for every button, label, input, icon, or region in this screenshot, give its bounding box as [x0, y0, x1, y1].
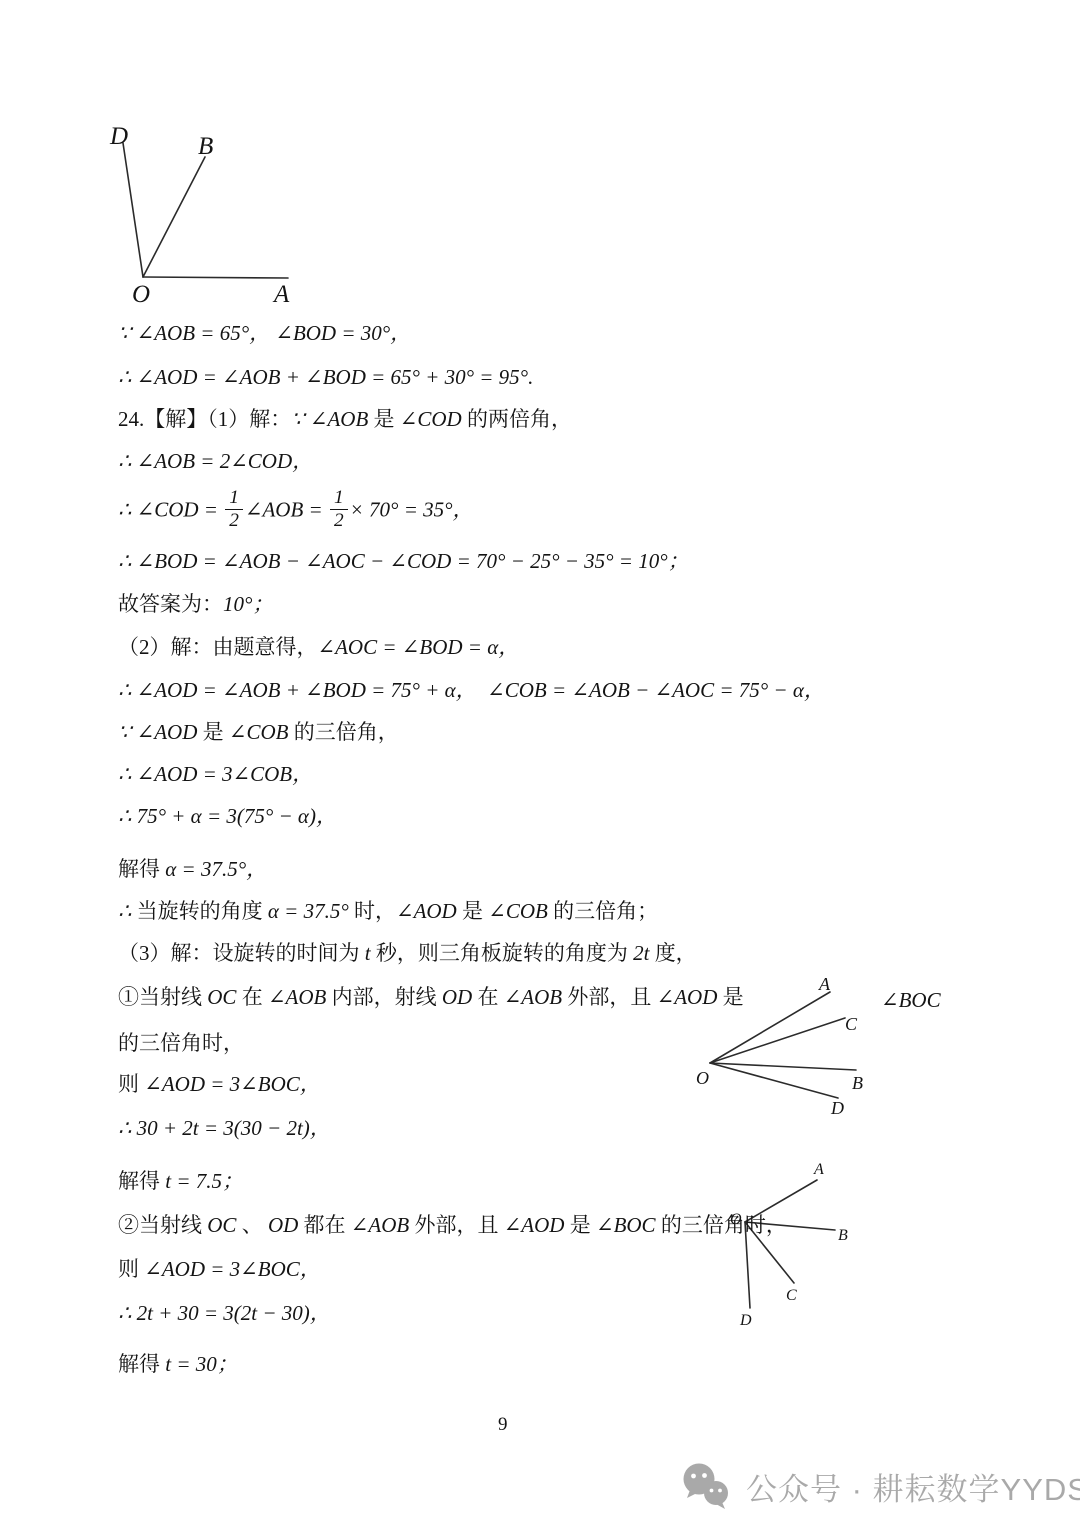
text-segment: 是 — [203, 720, 224, 744]
math-segment: ∠BOC — [596, 1213, 661, 1237]
angle-BOC-note: ∠BOC — [881, 988, 942, 1012]
solution-line-3: 24.【解】（1）解：∵ ∠AOB 是 ∠COD 的两倍角， — [118, 406, 572, 432]
point-label-O: O — [696, 1068, 709, 1088]
solution-line-11: ∴ ∠AOD = 3∠COB， — [118, 761, 313, 787]
solution-line-9: ∴ ∠AOD = ∠AOB + ∠BOD = 75° + α， ∠COB = ∠… — [118, 677, 825, 703]
point-label-C: C — [786, 1287, 797, 1304]
ray-OD — [123, 143, 143, 277]
text-segment: （2）解：由题意得， — [118, 635, 318, 659]
text-segment: 在 — [477, 985, 503, 1009]
fraction-numerator: 1 — [330, 488, 348, 510]
math-segment: ∵ ∠AOB = 65°， ∠BOD = 30°， — [118, 321, 411, 345]
math-segment: ∠AOD = 3∠BOC， — [144, 1257, 321, 1281]
solution-line-22: 则 ∠AOD = 3∠BOC， — [118, 1256, 321, 1282]
solution-line-6: ∴ ∠BOD = ∠AOB − ∠AOC − ∠COD = 70° − 25° … — [118, 548, 689, 574]
math-segment: α = 37.5° — [268, 899, 349, 923]
math-segment: OC — [207, 1213, 236, 1237]
math-segment: OC — [207, 985, 241, 1009]
point-label-B: B — [852, 1073, 863, 1093]
text-segment: 当旋转的角度 — [137, 899, 268, 923]
solution-line-1: ∵ ∠AOB = 65°， ∠BOD = 30°， — [118, 320, 411, 346]
point-label-D: D — [830, 1098, 844, 1118]
math-segment: t — [365, 941, 376, 965]
angle-figure-1: D B O A — [108, 112, 308, 307]
math-segment: OD — [442, 985, 478, 1009]
text-segment: 故答案为： — [118, 592, 223, 616]
text-segment — [466, 678, 487, 702]
text-segment: 外部，且 — [414, 1213, 503, 1237]
solution-line-5: ∴ ∠COD = 12∠AOB = 12× 70° = 35°， — [118, 490, 474, 534]
math-segment: ∠COB = ∠AOB − ∠AOC = 75° − α， — [487, 678, 825, 702]
point-label-O: O — [132, 281, 150, 308]
solution-line-19: ∴ 30 + 2t = 3(30 − 2t)， — [118, 1115, 331, 1141]
text-segment: ①当射线 — [118, 985, 207, 1009]
text-segment: 外部，且 — [567, 985, 656, 1009]
math-segment: ∠AOC = ∠BOD = α， — [318, 635, 520, 659]
math-segment: ∠COD — [395, 407, 467, 431]
point-label-B: B — [838, 1227, 848, 1244]
math-segment: 2t — [633, 941, 655, 965]
math-segment: ∠AOB — [268, 985, 332, 1009]
math-segment: ∴ ∠COD = — [118, 498, 223, 522]
math-segment: ∠AOD = 3∠BOC， — [144, 1072, 321, 1096]
fraction-denominator: 2 — [225, 510, 243, 531]
math-segment: ∠COB — [224, 720, 294, 744]
fraction-denominator: 2 — [330, 510, 348, 531]
ray-OC — [710, 1018, 845, 1063]
text-segment: 是 — [374, 407, 395, 431]
text-segment: 解得 — [118, 857, 165, 881]
math-segment: ∴ ∠BOD = ∠AOB − ∠AOC − ∠COD = 70° − 25° … — [118, 549, 689, 573]
page-number: 9 — [498, 1414, 508, 1436]
text-segment: 都在 — [304, 1213, 351, 1237]
text-segment: 度， — [655, 941, 697, 965]
text-segment: 的三倍角， — [294, 720, 399, 744]
fraction-numerator: 1 — [225, 488, 243, 510]
solution-line-4: ∴ ∠AOB = 2∠COD， — [118, 448, 313, 474]
math-segment: ∵ ∠AOD — [118, 720, 203, 744]
fraction: 12 — [330, 488, 348, 532]
point-label-B: B — [198, 133, 213, 160]
point-label-D: D — [109, 123, 128, 150]
solution-line-2: ∴ ∠AOD = ∠AOB + ∠BOD = 65° + 30° = 95°. — [118, 364, 533, 390]
solution-line-15: （3）解：设旋转的时间为 t 秒，则三角板旋转的角度为 2t 度， — [118, 940, 697, 966]
point-label-C: C — [845, 1014, 858, 1034]
math-segment: ∴ ∠AOD = 3∠COB， — [118, 762, 313, 786]
math-segment: ∠AOB = — [245, 498, 328, 522]
math-segment: ∠COB — [483, 899, 553, 923]
ray-OA — [143, 277, 288, 278]
solution-line-14: ∴ 当旋转的角度 α = 37.5° 时，∠AOD 是 ∠COB 的三倍角； — [118, 898, 658, 924]
solution-line-21: ②当射线 OC 、 OD 都在 ∠AOB 外部，且 ∠AOD 是 ∠BOC 的三… — [118, 1212, 787, 1238]
text-segment: 是 — [462, 899, 483, 923]
math-segment: ∠AOD — [396, 899, 462, 923]
text-segment: 则 — [118, 1072, 144, 1096]
math-segment: ∵ ∠AOB — [291, 407, 373, 431]
text-segment: 秒，则三角板旋转的角度为 — [376, 941, 633, 965]
text-segment: 内部，射线 — [332, 985, 442, 1009]
math-segment: ∴ — [118, 899, 137, 923]
text-segment: 、 — [236, 1213, 268, 1237]
solution-line-23: ∴ 2t + 30 = 3(2t − 30)， — [118, 1300, 331, 1326]
text-segment: 的两倍角， — [467, 407, 572, 431]
watermark: 公众号 · 耕耘数学YYDS — [678, 1460, 1080, 1512]
solution-line-18: 则 ∠AOD = 3∠BOC， — [118, 1071, 321, 1097]
solution-line-16: ①当射线 OC 在 ∠AOB 内部，射线 OD 在 ∠AOB 外部，且 ∠AOD… — [118, 984, 744, 1010]
solution-line-10: ∵ ∠AOD 是 ∠COB 的三倍角， — [118, 719, 399, 745]
text-segment: 时， — [349, 899, 396, 923]
math-segment: ∴ 2t + 30 = 3(2t − 30)， — [118, 1301, 331, 1325]
solution-line-13: 解得 α = 37.5°， — [118, 856, 267, 882]
angle-figure-3: A O B C D — [722, 1148, 882, 1333]
math-segment: t = 30； — [165, 1352, 238, 1376]
ray-OB — [143, 157, 205, 277]
math-segment: ∠AOD — [504, 1213, 570, 1237]
solution-line-20: 解得 t = 7.5； — [118, 1168, 243, 1194]
math-segment: ∴ ∠AOD = ∠AOB + ∠BOD = 65° + 30° = 95°. — [118, 365, 533, 389]
text-segment: 则 — [118, 1257, 144, 1281]
text-segment: 在 — [242, 985, 268, 1009]
math-segment: ∴ 30 + 2t = 3(30 − 2t)， — [118, 1116, 331, 1140]
solution-line-7: 故答案为：10°； — [118, 591, 273, 617]
math-segment: ∴ ∠AOB = 2∠COD， — [118, 449, 313, 473]
text-segment: 是 — [570, 1213, 596, 1237]
fraction: 12 — [225, 488, 243, 532]
wechat-icon — [678, 1462, 732, 1510]
watermark-text: 公众号 · 耕耘数学YYDS — [746, 1464, 1080, 1509]
math-segment: ∠AOB — [504, 985, 568, 1009]
point-label-D: D — [739, 1312, 752, 1329]
text-segment: 24.【解】（1）解： — [118, 407, 291, 431]
text-segment: 解得 — [118, 1169, 165, 1193]
math-segment: t = 7.5； — [165, 1169, 243, 1193]
text-segment: 的三倍角； — [553, 899, 658, 923]
math-segment: ∠AOD — [657, 985, 723, 1009]
point-label-A: A — [813, 1161, 824, 1178]
math-segment: ∠AOB — [351, 1213, 415, 1237]
solution-line-12: ∴ 75° + α = 3(75° − α)， — [118, 803, 337, 829]
math-segment: 10°； — [223, 592, 273, 616]
point-label-A: A — [818, 974, 831, 994]
point-label-A: A — [272, 281, 290, 308]
text-segment: 是 — [723, 985, 744, 1009]
math-segment: × 70° = 35°， — [350, 498, 474, 522]
solution-line-8: （2）解：由题意得，∠AOC = ∠BOD = α， — [118, 634, 519, 660]
math-segment: OD — [268, 1213, 304, 1237]
solution-line-24: 解得 t = 30； — [118, 1351, 238, 1377]
text-segment: 解得 — [118, 1352, 165, 1376]
math-segment: ∴ ∠AOD = ∠AOB + ∠BOD = 75° + α， — [118, 678, 466, 702]
text-segment: 的三倍角时， — [118, 1031, 244, 1055]
text-segment: ②当射线 — [118, 1213, 207, 1237]
solution-line-17: 的三倍角时， — [118, 1030, 244, 1056]
document-page: D B O A A C O B D ∠BOC A O B C D ∵ ∠AOB — [0, 0, 1080, 1527]
math-segment: α = 37.5°， — [165, 857, 267, 881]
text-segment: （3）解：设旋转的时间为 — [118, 941, 365, 965]
math-segment: ∴ 75° + α = 3(75° − α)， — [118, 804, 337, 828]
text-segment: 的三倍角时， — [661, 1213, 787, 1237]
